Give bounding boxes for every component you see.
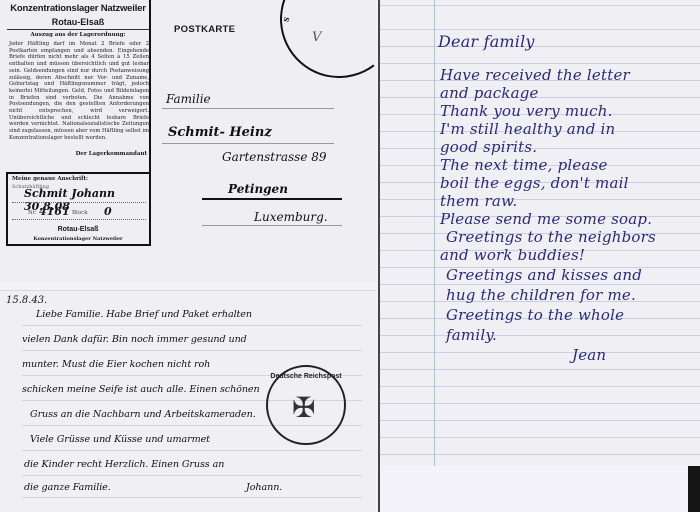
address-line [162, 108, 334, 109]
camp-title: Konzentrationslager Natzweiler [7, 3, 149, 14]
censor-stamp-icon: Deutsche Reichspost ✠ [266, 365, 346, 445]
ruled-line [22, 325, 362, 326]
regulations-heading: Auszug aus der Lagerordnung: [7, 32, 149, 38]
letter-line: I'm still healthy and in [440, 120, 615, 138]
divider [12, 219, 146, 220]
dark-edge [688, 466, 700, 512]
sender-place: Rotau-Elsaß [8, 226, 148, 233]
divider [12, 202, 146, 203]
address-line [162, 143, 334, 144]
letter-line: Greetings to the whole [446, 306, 624, 324]
letter-line: Liebe Familie. Habe Brief und Paket erha… [36, 309, 252, 320]
card-type-label: POSTKARTE [174, 24, 235, 35]
recipient-line-1: Familie [166, 92, 211, 106]
sender-camp: Konzentrationslager Natzweiler [8, 236, 148, 242]
recipient-line-5: Luxemburg. [254, 210, 328, 224]
ruled-line [22, 450, 362, 451]
stamp-text: Deutsche Reichspost [268, 373, 344, 380]
postcard-back: 15.8.43. Liebe Familie. Habe Brief und P… [0, 290, 376, 512]
ruled-line [22, 497, 362, 498]
ruled-line [22, 350, 362, 351]
translation-letter: Dear family Have received the letter and… [378, 0, 700, 466]
letter-line: Have received the letter [440, 66, 630, 84]
letter-line: munter. Must die Eier kochen nicht roh [22, 359, 210, 370]
letter-line: die Kinder recht Herzlich. Einen Gruss a… [24, 459, 224, 470]
letter-line: Thank you very much. [440, 102, 613, 120]
letter-line: schicken meine Seife ist auch alle. Eine… [22, 384, 260, 395]
block-label: Block [72, 210, 88, 216]
margin-line [434, 0, 435, 466]
letter-line: family. [446, 326, 497, 344]
letter-line: and package [440, 84, 539, 102]
letter-line: them raw. [440, 192, 517, 210]
block-number: 0 [104, 205, 112, 218]
prisoner-number: 4161 [39, 205, 70, 218]
letter-line: vielen Dank dafür. Bin noch immer gesund… [22, 334, 247, 345]
eagle-emblem-icon: ✠ [292, 391, 315, 424]
sender-label: Meine genaue Anschrift: [12, 176, 88, 182]
recipient-line-4: Petingen [228, 182, 288, 196]
letter-line: die ganze Familie. [24, 482, 111, 493]
letter-line: Viele Grüsse und Küsse und umarmet [30, 434, 210, 445]
letter-signature: Jean [572, 346, 606, 364]
ruled-line [22, 475, 362, 476]
postcard-front: Konzentrationslager Natzweiler Rotau-Els… [0, 0, 376, 282]
regulations-signature: Der Lagerkommandant [9, 151, 147, 157]
camp-location: Rotau-Elsaß [7, 17, 149, 27]
letter-line: boil the eggs, don't mail [440, 174, 629, 192]
regulations-text: Jeder Häftling darf im Monat 2 Briefe od… [9, 41, 149, 142]
letter-line: and work buddies! [440, 246, 585, 264]
letter-line: hug the children for me. [446, 286, 636, 304]
recipient-line-3: Gartenstrasse 89 [222, 150, 327, 164]
background-area [378, 466, 688, 512]
address-line [202, 198, 342, 200]
sender-address-box: Meine genaue Anschrift: Schutzhäftling S… [6, 172, 150, 246]
letter-line: Greetings and kisses and [446, 266, 642, 284]
recipient-line-2: Schmit- Heinz [168, 125, 272, 140]
prisoner-number-label: Nr. [28, 210, 37, 216]
divider [7, 29, 149, 30]
letter-line: Greetings to the neighbors [446, 228, 656, 246]
letter-line: Gruss an die Nachbarn und Arbeitskamerad… [30, 409, 256, 420]
address-line [202, 225, 342, 226]
censor-mark: V [312, 30, 321, 45]
letter-date: 15.8.43. [6, 295, 47, 306]
letter-greeting: Dear family [438, 32, 535, 51]
letter-line: good spirits. [440, 138, 537, 156]
letter-signature: Johann. [246, 482, 282, 493]
letter-line: Please send me some soap. [440, 210, 652, 228]
letter-line: The next time, please [440, 156, 608, 174]
